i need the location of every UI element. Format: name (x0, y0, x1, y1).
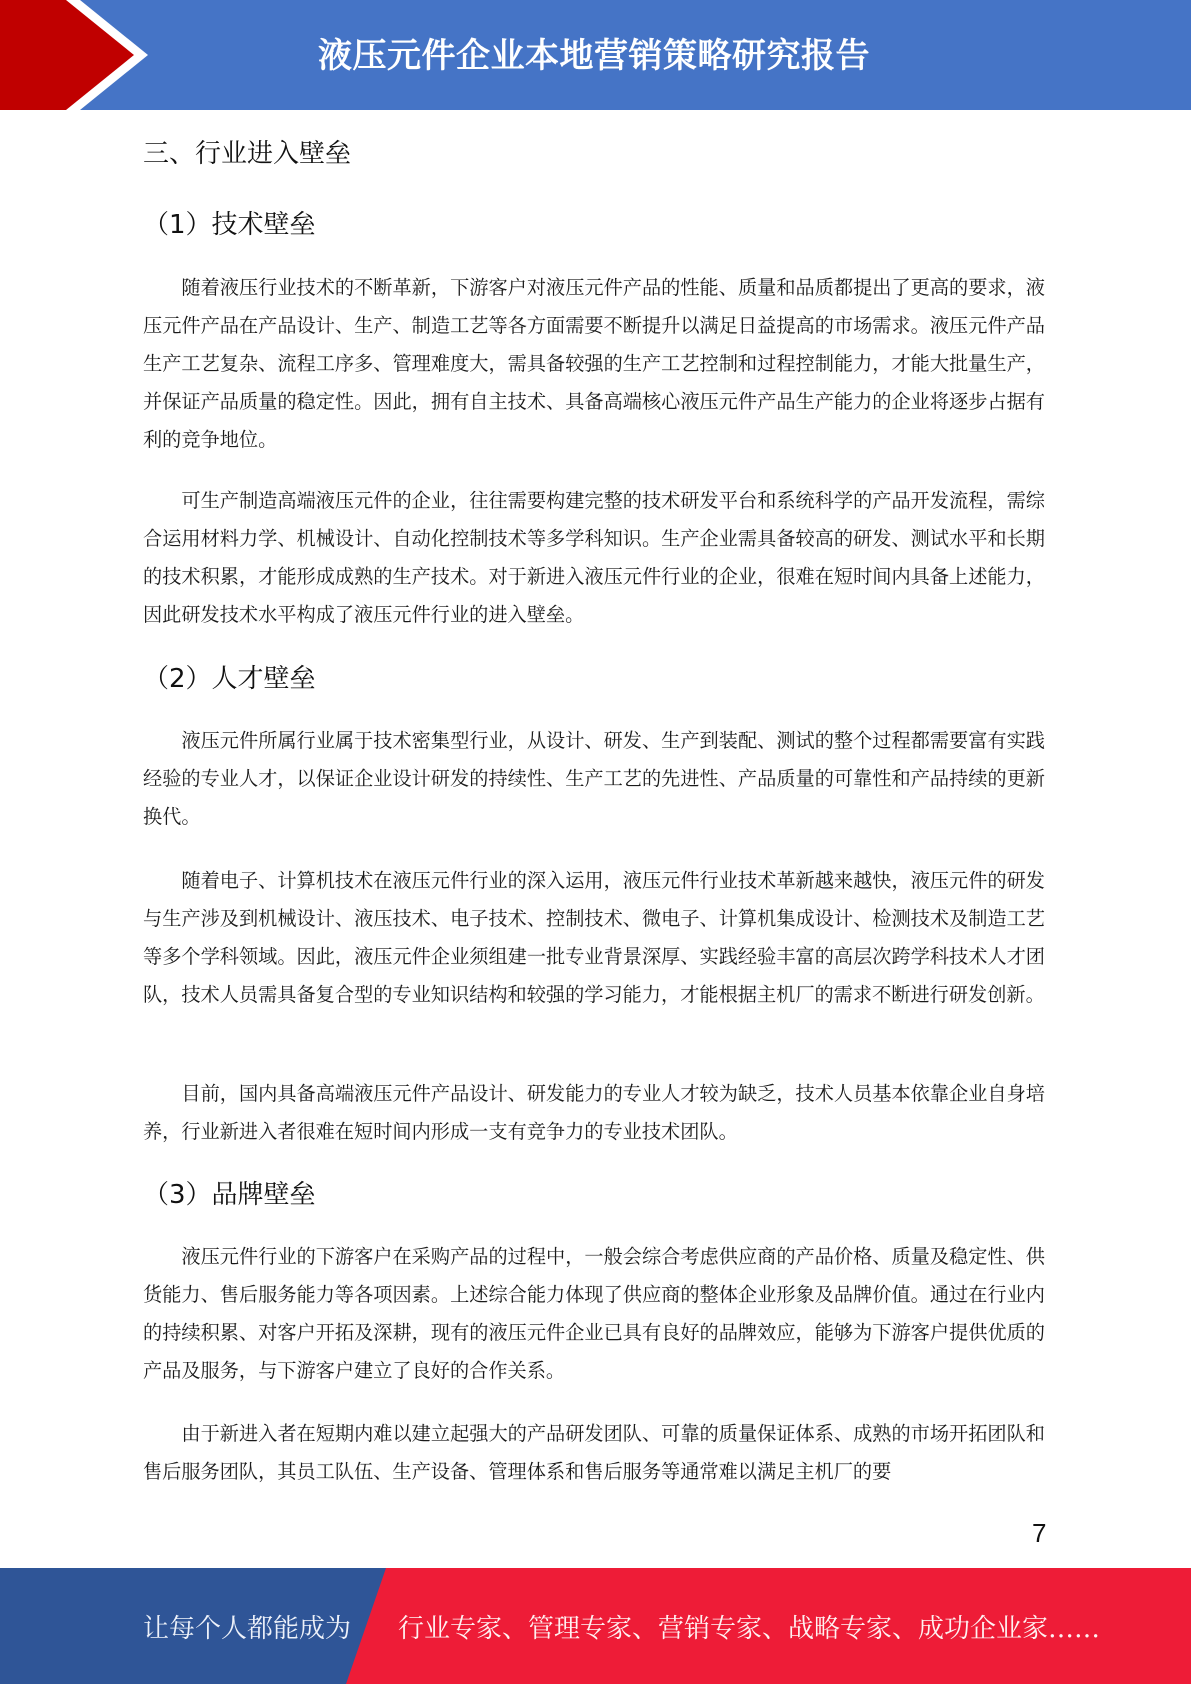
footer-slogan-right: 行业专家、管理专家、营销专家、战略专家、成功企业家…… (398, 1608, 1100, 1645)
section-heading: 三、行业进入壁垒 (143, 133, 351, 170)
paragraph: 液压元件行业的下游客户在采购产品的过程中，一般会综合考虑供应商的产品价格、质量及… (143, 1238, 1045, 1390)
paragraph: 可生产制造高端液压元件的企业，往往需要构建完整的技术研发平台和系统科学的产品开发… (143, 482, 1045, 634)
subsection-heading-talent: （2）人才壁垒 (143, 658, 316, 695)
page-number: 7 (1032, 1518, 1046, 1549)
arrow-chevron-icon (0, 0, 160, 110)
subsection-heading-technology: （1）技术壁垒 (143, 204, 316, 241)
header-banner: 液压元件企业本地营销策略研究报告 (0, 0, 1191, 110)
footer-slogan-left: 让每个人都能成为 (143, 1608, 351, 1645)
paragraph: 液压元件所属行业属于技术密集型行业，从设计、研发、生产到装配、测试的整个过程都需… (143, 722, 1045, 836)
subsection-heading-brand: （3）品牌壁垒 (143, 1174, 316, 1211)
report-title: 液压元件企业本地营销策略研究报告 (318, 28, 870, 77)
paragraph: 随着液压行业技术的不断革新，下游客户对液压元件产品的性能、质量和品质都提出了更高… (143, 269, 1045, 459)
paragraph: 目前，国内具备高端液压元件产品设计、研发能力的专业人才较为缺乏，技术人员基本依靠… (143, 1075, 1045, 1151)
footer-banner: 让每个人都能成为 行业专家、管理专家、营销专家、战略专家、成功企业家…… (0, 1568, 1191, 1684)
paragraph: 由于新进入者在短期内难以建立起强大的产品研发团队、可靠的质量保证体系、成熟的市场… (143, 1415, 1045, 1491)
paragraph: 随着电子、计算机技术在液压元件行业的深入运用，液压元件行业技术革新越来越快，液压… (143, 862, 1045, 1014)
